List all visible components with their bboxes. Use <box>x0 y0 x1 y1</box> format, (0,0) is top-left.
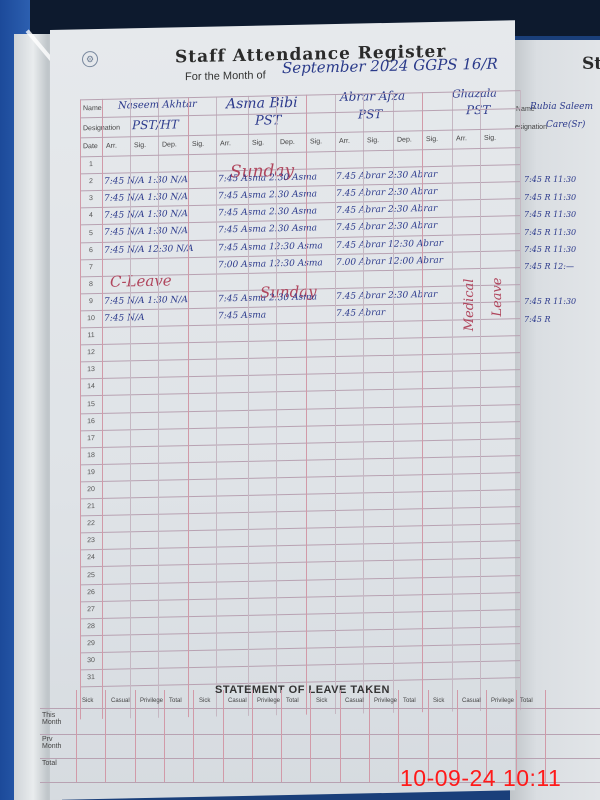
grid-column-line <box>102 99 103 719</box>
grid-row-line <box>80 506 520 516</box>
grid-row-line <box>80 643 520 653</box>
sub-header-arr: Arr. <box>456 135 467 142</box>
attendance-entry-rubia: 7:45 R 11:30 <box>524 297 576 306</box>
leave-row-label: Total <box>42 760 72 767</box>
leave-column-header: Privilege <box>374 698 397 704</box>
staff-designation-3: PST <box>358 107 382 122</box>
attendance-entry-naseem: 7:45 N/A 1:30 N/A <box>104 192 188 204</box>
sub-header-sig2: Sig. <box>192 141 204 148</box>
leave-column-line <box>252 690 253 782</box>
grid-column-line <box>363 93 364 713</box>
attendance-grid: Name Designation Date Naseem Akhtar PST/… <box>80 90 520 719</box>
right-page-title: St <box>582 54 600 74</box>
attendance-entry-asma: 7:45 Asma 2:30 Asma <box>218 292 317 304</box>
date-number: 8 <box>82 281 100 288</box>
attendance-entry-asma: 7:45 Asma <box>218 310 266 321</box>
attendance-entry-abrar: 7.45 Abrar <box>336 308 385 319</box>
attendance-entry-rubia: 7:45 R 12:— <box>524 262 574 271</box>
grid-row-line <box>80 404 520 414</box>
grid-column-line <box>452 92 453 712</box>
attendance-entry-asma: 7:45 Asma 2:30 Asma <box>218 224 317 236</box>
attendance-entry-asma: 7:45 Asma 2:30 Asma <box>218 190 317 202</box>
grid-column-line <box>158 98 159 718</box>
attendance-entry-asma: 7:45 Asma 12:30 Asma <box>218 241 323 253</box>
date-header: Date <box>83 143 98 150</box>
c-leave-annotation: C-Leave <box>110 271 172 290</box>
leave-column-header: Total <box>286 698 299 704</box>
leave-column-header: Total <box>403 698 416 704</box>
attendance-entry-naseem: 7:45 N/A 1:30 N/A <box>104 227 188 239</box>
leave-column-header: Sick <box>199 698 210 704</box>
leave-column-line <box>369 690 370 782</box>
leave-column-header: Privilege <box>257 698 280 704</box>
leave-column-header: Casual <box>462 698 481 704</box>
right-page: St Name Rubia Saleem Designation Care(Sr… <box>510 40 600 800</box>
grid-row-line <box>80 660 520 670</box>
sub-header-sig: Sig. <box>484 135 496 142</box>
grid-column-line <box>188 97 189 717</box>
date-number: 22 <box>82 520 100 527</box>
grid-row-line <box>80 609 520 619</box>
grid-column-line <box>393 93 394 713</box>
date-number: 2 <box>82 178 100 185</box>
sub-header-sig: Sig. <box>252 140 264 147</box>
date-number: 25 <box>82 571 100 578</box>
camera-timestamp: 10-09-24 10:11 <box>400 765 561 792</box>
date-number: 30 <box>82 657 100 664</box>
attendance-entry-naseem: 7:45 N/A 1:30 N/A <box>104 295 188 307</box>
grid-row-line <box>80 352 520 362</box>
grid-row-line <box>80 387 520 397</box>
grid-column-line <box>216 97 217 717</box>
grid-row-line <box>80 626 520 636</box>
right-staff-name: Rubia Saleem <box>530 102 593 112</box>
sub-header-sig: Sig. <box>367 137 379 144</box>
date-number: 20 <box>82 486 100 493</box>
staff-name-4: Ghazala <box>452 87 497 101</box>
attendance-entry-naseem: 7:45 N/A 12:30 N/A <box>104 243 194 255</box>
leave-column-header: Casual <box>228 698 247 704</box>
emblem-icon: ⚙ <box>82 51 98 67</box>
date-number: 19 <box>82 469 100 476</box>
date-number: 4 <box>82 212 100 219</box>
attendance-entry-naseem: 7:45 N/A 1:30 N/A <box>104 175 188 187</box>
grid-row-line <box>80 592 520 602</box>
date-number: 11 <box>82 332 100 339</box>
leave-column-header: Casual <box>111 698 130 704</box>
date-number: 29 <box>82 640 100 647</box>
date-number: 13 <box>82 366 100 373</box>
grid-row-line <box>80 540 520 550</box>
staff-name-3: Abrar Afza <box>340 89 405 104</box>
medical-annotation: Medical <box>462 278 477 331</box>
date-number: 17 <box>82 435 100 442</box>
leave-column-line <box>310 690 311 782</box>
leave-column-line <box>135 690 136 782</box>
grid-row-line <box>80 369 520 379</box>
leave-column-header: Sick <box>82 698 93 704</box>
leave-column-line <box>164 690 165 782</box>
leave-column-line <box>193 690 194 782</box>
date-number: 7 <box>82 264 100 271</box>
leave-column-line <box>223 690 224 782</box>
date-number: 5 <box>82 229 100 236</box>
grid-column-line <box>276 95 277 715</box>
date-number: 21 <box>82 503 100 510</box>
grid-column-line <box>422 92 423 712</box>
date-number: 27 <box>82 606 100 613</box>
date-number: 6 <box>82 247 100 254</box>
date-number: 24 <box>82 554 100 561</box>
sub-header-dep: Dep. <box>397 136 412 143</box>
grid-column-line <box>306 95 307 715</box>
leave-column-header: Total <box>169 698 182 704</box>
grid-column-line <box>335 94 336 714</box>
attendance-entry-rubia: 7:45 R 11:30 <box>524 210 576 219</box>
attendance-entry-asma: 7:00 Asma 12:30 Asma <box>218 258 323 270</box>
date-number: 15 <box>82 400 100 407</box>
right-staff-designation: Care(Sr) <box>546 120 585 130</box>
grid-row-line <box>80 558 520 568</box>
grid-row-line <box>80 335 520 345</box>
leave-column-header: Casual <box>345 698 364 704</box>
staff-designation-2: PST <box>255 113 281 129</box>
attendance-entry-rubia: 7:45 R 11:30 <box>524 228 576 237</box>
grid-column-line <box>80 99 81 719</box>
leave-column-header: Sick <box>316 698 327 704</box>
date-number: 23 <box>82 537 100 544</box>
sub-header-arr: Arr. <box>339 138 350 145</box>
leave-column-line <box>340 690 341 782</box>
grid-row-line <box>80 455 520 465</box>
sub-header-arr: Arr. <box>106 143 117 150</box>
date-number: 28 <box>82 623 100 630</box>
staff-name-2: Asma Bibi <box>226 95 298 112</box>
grid-row-line <box>80 438 520 448</box>
grid-column-line <box>520 90 521 710</box>
attendance-entry-asma: 7:45 Asma 2:30 Asma <box>218 207 317 219</box>
leave-row-label: This Month <box>42 712 72 726</box>
grid-column-line <box>130 98 131 718</box>
grid-row-line <box>80 472 520 482</box>
attendance-entry-rubia: 7:45 R <box>524 315 551 324</box>
grid-row-line <box>80 523 520 533</box>
leave-column-header: Privilege <box>491 698 514 704</box>
attendance-entry-asma: 7:45 Asma 2:30 Asma <box>218 172 317 184</box>
grid-column-line <box>480 91 481 711</box>
leave-column-header: Sick <box>433 698 444 704</box>
date-number: 1 <box>82 161 100 168</box>
date-number: 12 <box>82 349 100 356</box>
leave-column-line <box>105 690 106 782</box>
sub-header-sig2: Sig. <box>310 138 322 145</box>
leave-column-line <box>281 690 282 782</box>
attendance-entry-naseem: 7:45 N/A 1:30 N/A <box>104 209 188 221</box>
attendance-entry-rubia: 7:45 R 11:30 <box>524 245 576 254</box>
sub-header-dep: Dep. <box>280 139 295 146</box>
date-number: 14 <box>82 383 100 390</box>
month-value: September 2024 GGPS 16/R <box>282 55 498 78</box>
grid-row-line <box>80 421 520 431</box>
date-number: 26 <box>82 589 100 596</box>
attendance-entry-rubia: 7:45 R 11:30 <box>524 175 576 184</box>
sub-header-arr: Arr. <box>220 140 231 147</box>
grid-column-line <box>248 96 249 716</box>
attendance-entry-abrar: 7.00 Abrar 12:00 Abrar <box>336 255 443 267</box>
date-number: 31 <box>82 674 100 681</box>
leave-column-header: Privilege <box>140 698 163 704</box>
attendance-entry-naseem: 7:45 N/A <box>104 313 144 324</box>
grid-row-line <box>80 318 520 328</box>
attendance-entry-rubia: 7:45 R 11:30 <box>524 193 576 202</box>
sub-header-sig: Sig. <box>134 142 146 149</box>
date-number: 16 <box>82 418 100 425</box>
date-number: 10 <box>82 315 100 322</box>
sub-header-sig2: Sig. <box>426 136 438 143</box>
leave-annotation: Leave <box>490 277 505 316</box>
date-number: 3 <box>82 195 100 202</box>
staff-designation-1: PST/HT <box>132 117 179 132</box>
month-label: For the Month of <box>185 69 266 83</box>
date-number: 18 <box>82 452 100 459</box>
sub-header-dep: Dep. <box>162 141 177 148</box>
leave-row-label: Prv Month <box>42 736 72 750</box>
grid-row-line <box>80 489 520 499</box>
attendance-entry-abrar: 7.45 Abrar 12:30 Abrar <box>336 238 443 250</box>
leave-column-header: Total <box>520 698 533 704</box>
leave-column-line <box>76 690 77 782</box>
date-number: 9 <box>82 298 100 305</box>
name-label: Name <box>83 105 102 112</box>
grid-row-line <box>80 575 520 585</box>
